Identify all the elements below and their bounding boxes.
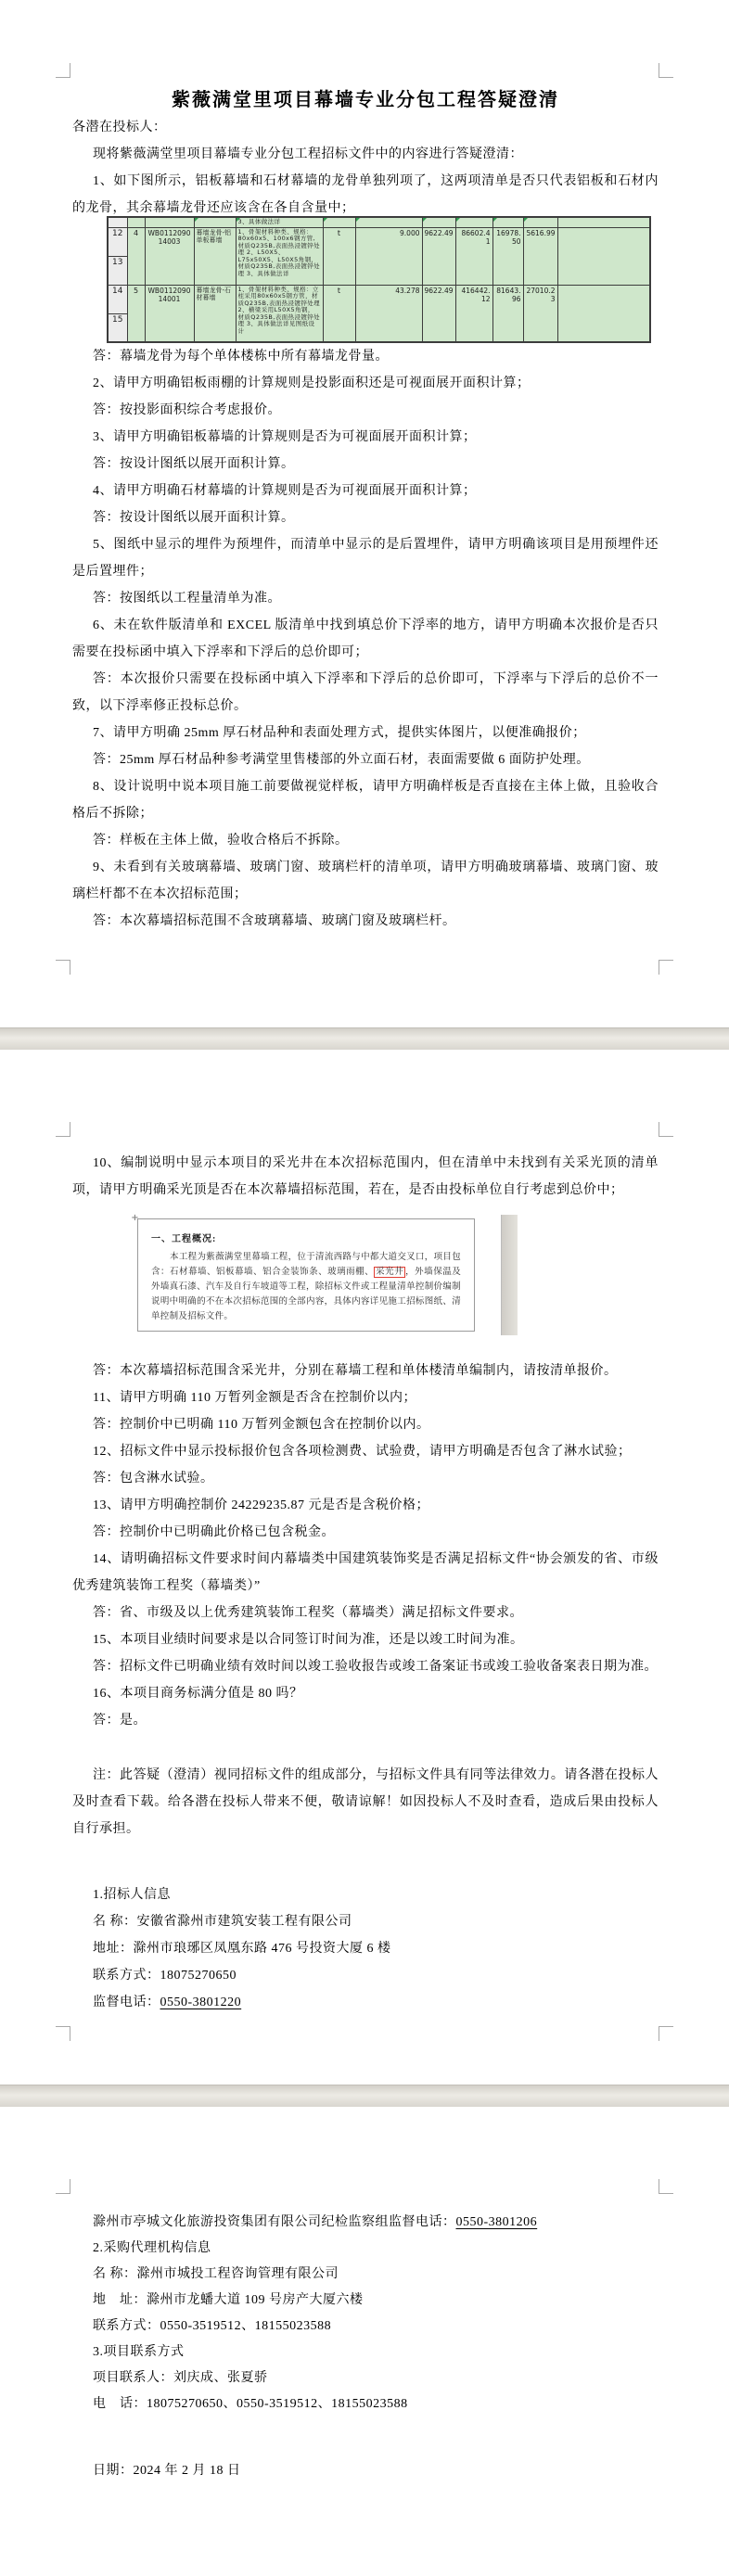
page-separator [0, 2085, 729, 2107]
answer-5: 答：按图纸以工程量清单为准。 [72, 585, 659, 612]
agency-section-heading: 2.采购代理机构信息 [72, 2236, 659, 2262]
overview-body: 本工程为紫薇满堂里幕墙工程，位于清流西路与中都大道交叉口，项目包含：石材幕墙、铝… [151, 1250, 461, 1324]
seq-cell: 4 [127, 227, 145, 285]
answer-12: 答：包含淋水试验。 [72, 1465, 659, 1492]
amount-cell: 16978.50 [492, 227, 523, 285]
margin-crop-mark [659, 2026, 673, 2041]
answer-9: 答：本次幕墙招标范围不含玻璃幕墙、玻璃门窗及玻璃栏杆。 [72, 908, 659, 935]
cell-marker-icon [524, 218, 528, 222]
agency-address: 地 址：滁州市龙蟠大道 109 号房产大厦六楼 [72, 2288, 659, 2314]
answer-16: 答：是。 [72, 1707, 659, 1734]
question-3: 3、请甲方明确铝板幕墙的计算规则是否为可视面展开面积计算； [72, 424, 659, 451]
answer-10: 答：本次幕墙招标范围含采光井，分别在幕墙工程和单体楼清单编制内，请按清单报价。 [72, 1358, 659, 1384]
row-number-cell: 12 [108, 227, 127, 256]
question-9: 9、未看到有关玻璃幕墙、玻璃门窗、玻璃栏杆的清单项，请甲方明确玻璃幕墙、玻璃门窗… [72, 854, 659, 908]
answer-8: 答：样板在主体上做，验收合格后不拆除。 [72, 827, 659, 854]
page-3: 滁州市亭城文化旅游投资集团有限公司纪检监察组监督电话：0550-3801206 … [0, 2107, 729, 2576]
answer-6: 答：本次报价只需要在投标函中填入下浮率和下浮后的总价即可，下浮率与下浮后的总价不… [72, 666, 659, 720]
row-number-cell: 13 [108, 256, 127, 285]
unit-cell: t [323, 285, 355, 342]
page-1: 紫薇满堂里项目幕墙专业分包工程答疑澄清 各潜在投标人： 现将紫薇满堂里项目幕墙专… [0, 0, 729, 1027]
row-number-cell: 14 [108, 285, 127, 313]
group-supervise-line: 滁州市亭城文化旅游投资集团有限公司纪检监察组监督电话：0550-3801206 [72, 2210, 659, 2236]
row-number-cell [108, 217, 127, 227]
blank-space [72, 1734, 659, 1762]
margin-crop-mark [659, 2179, 673, 2194]
scrollbar-artifact [501, 1215, 518, 1335]
cell-marker-icon [195, 218, 198, 222]
intro-paragraph: 现将紫薇满堂里项目幕墙专业分包工程招标文件中的内容进行答疑澄清： [72, 141, 659, 168]
cell-marker-icon [456, 218, 460, 222]
date-line: 日期：2024 年 2 月 18 日 [72, 2458, 659, 2484]
question-7: 7、请甲方明确 25mm 厚石材品种和表面处理方式，提供实体图片，以便准确报价； [72, 720, 659, 746]
question-14: 14、请明确招标文件要求时间内幕墙类中国建筑装饰奖是否满足招标文件“协会颁发的省… [72, 1546, 659, 1600]
table-row: 12 4 WB011209014003 幕墙龙骨-铝单板幕墙 1、骨架材料种类、… [108, 227, 650, 256]
table-cell [127, 217, 145, 227]
table-cell [145, 217, 194, 227]
code-cell: WB011209014001 [145, 285, 194, 342]
margin-crop-mark [56, 63, 70, 78]
name-cell: 幕墙龙骨-铝单板幕墙 [194, 227, 236, 285]
cell-marker-icon [493, 218, 497, 222]
question-16: 16、本项目商务标满分值是 80 吗？ [72, 1680, 659, 1707]
question-8: 8、设计说明中说本项目施工前要做视觉样板，请甲方明确样板是否直接在主体上做，且验… [72, 773, 659, 827]
cell-marker-icon [356, 218, 360, 222]
total-price-cell: 86602.41 [455, 227, 492, 285]
overview-heading: 一、工程概况: [151, 1231, 461, 1244]
cell-marker-icon [237, 218, 240, 222]
overview-text-box: 一、工程概况: 本工程为紫薇满堂里幕墙工程，位于清流西路与中都大道交叉口，项目包… [137, 1218, 475, 1332]
supervise-label: 监督电话： [93, 1996, 160, 2009]
answer-1: 答：幕墙龙骨为每个单体楼栋中所有幕墙龙骨量。 [72, 343, 659, 370]
agency-contact: 联系方式：0550-3519512、18155023588 [72, 2314, 659, 2340]
question-15: 15、本项目业绩时间要求是以合同签订时间为准，还是以竣工时间为准。 [72, 1626, 659, 1653]
blank-space [72, 2417, 659, 2458]
question-1: 1、如下图所示，铝板幕墙和石材幕墙的龙骨单独列项了，这两项清单是否只代表铝板和石… [72, 168, 659, 222]
answer-3: 答：按设计图纸以展开面积计算。 [72, 451, 659, 478]
highlighted-term: 采光井 [374, 1267, 405, 1278]
bidder-address: 地址：滁州市琅琊区凤凰东路 476 号投资大厦 6 楼 [72, 1935, 659, 1962]
page-2: 10、编制说明中显示本项目的采光井在本次招标范围内，但在清单中未找到有关采光顶的… [0, 1050, 729, 2085]
margin-crop-mark [56, 960, 70, 975]
table-cell [523, 217, 557, 227]
embedded-spreadsheet-image[interactable]: 3、具体做法详 12 4 WB011209014003 幕墙龙骨-铝单板幕墙 1… [107, 216, 659, 343]
table-cell [355, 217, 422, 227]
bidder-section-heading: 1.招标人信息 [72, 1881, 659, 1908]
amount-cell: 27010.23 [523, 285, 557, 342]
margin-crop-mark [56, 2026, 70, 2041]
project-phones: 电 话：18075270650、0550-3519512、18155023588 [72, 2391, 659, 2417]
group-supervise-label: 滁州市亭城文化旅游投资集团有限公司纪检监察组监督电话： [93, 2215, 456, 2229]
margin-crop-mark [659, 1122, 673, 1137]
unit-price-cell: 9622.49 [422, 227, 455, 285]
answer-14: 答：省、市级及以上优秀建筑装饰工程奖（幕墙类）满足招标文件要求。 [72, 1600, 659, 1626]
bidder-name: 名 称：安徽省滁州市建筑安装工程有限公司 [72, 1908, 659, 1935]
margin-crop-mark [56, 2179, 70, 2194]
quantity-cell: 9.000 [355, 227, 422, 285]
salutation: 各潜在投标人： [72, 114, 659, 141]
supervise-phone: 0550-3801220 [160, 1996, 242, 2009]
agency-name: 名 称：滁州市城投工程咨询管理有限公司 [72, 2262, 659, 2288]
question-13: 13、请甲方明确控制价 24229235.87 元是否是含税价格； [72, 1492, 659, 1519]
cell-marker-icon [423, 218, 427, 222]
unit-cell: t [323, 227, 355, 285]
answer-13: 答：控制价中已明确此价格已包含税金。 [72, 1519, 659, 1546]
name-cell: 幕墙龙骨-石材幕墙 [194, 285, 236, 342]
table-cell: 3、具体做法详 [236, 217, 323, 227]
unit-price-cell: 9622.49 [422, 285, 455, 342]
table-cell [557, 285, 650, 342]
supervise-phone-line: 监督电话：0550-3801220 [72, 1989, 659, 2016]
answer-7: 答：25mm 厚石材品种参考满堂里售楼部的外立面石材，表面需要做 6 面防护处理… [72, 746, 659, 773]
question-4: 4、请甲方明确石材幕墙的计算规则是否为可视面展开面积计算； [72, 478, 659, 504]
total-price-cell: 416442.12 [455, 285, 492, 342]
project-overview-image[interactable]: + 一、工程概况: 本工程为紫薇满堂里幕墙工程，位于清流西路与中都大道交叉口，项… [130, 1215, 529, 1335]
row-number-cell: 15 [108, 313, 127, 342]
project-contact-heading: 3.项目联系方式 [72, 2340, 659, 2366]
question-2: 2、请甲方明确铝板雨棚的计算规则是投影面积还是可视面展开面积计算； [72, 370, 659, 397]
margin-crop-mark [659, 960, 673, 975]
table-cell [492, 217, 523, 227]
table-cell [557, 217, 650, 227]
seq-cell: 5 [127, 285, 145, 342]
answer-15: 答：招标文件已明确业绩有效时间以竣工验收报告或竣工备案证书或竣工验收备案表日期为… [72, 1653, 659, 1680]
table-row: 14 5 WB011209014001 幕墙龙骨-石材幕墙 1、骨架材料种类、规… [108, 285, 650, 313]
page-separator [0, 1027, 729, 1050]
quantity-cell: 43.278 [355, 285, 422, 342]
table-cell [323, 217, 355, 227]
table-cell [455, 217, 492, 227]
question-6: 6、未在软件版清单和 EXCEL 版清单中找到填总价下浮率的地方，请甲方明确本次… [72, 612, 659, 666]
legal-note: 注：此答疑（澄清）视同招标文件的组成部分，与招标文件具有同等法律效力。请各潜在投… [72, 1762, 659, 1843]
amount-cell: 5616.99 [523, 227, 557, 285]
cell-marker-icon [324, 218, 327, 222]
margin-crop-mark [56, 1122, 70, 1137]
description-cell: 1、骨架材料种类、规格：立柱采用80x60x5钢方管，材质Q235B,表面热浸镀… [236, 285, 323, 342]
table-row-partial: 3、具体做法详 [108, 217, 650, 227]
table-cell [557, 227, 650, 285]
question-12: 12、招标文件中显示投标报价包含各项检测费、试验费，请甲方明确是否包含了淋水试验… [72, 1438, 659, 1465]
blank-space [72, 1843, 659, 1881]
bidder-contact: 联系方式：18075270650 [72, 1962, 659, 1989]
question-5: 5、图纸中显示的埋件为预埋件，而清单中显示的是后置埋件，请甲方明确该项目是用预埋… [72, 531, 659, 585]
description-cell: 1、骨架材料种类、规格：80x60x5、100x6钢方管,材质Q235B,表面热… [236, 227, 323, 285]
answer-2: 答：按投影面积综合考虑报价。 [72, 397, 659, 424]
question-11: 11、请甲方明确 110 万暂列金额是否含在控制价以内； [72, 1384, 659, 1411]
document-title: 紫薇满堂里项目幕墙专业分包工程答疑澄清 [72, 86, 659, 114]
group-supervise-phone: 0550-3801206 [456, 2215, 538, 2229]
bill-of-quantities-table: 3、具体做法详 12 4 WB011209014003 幕墙龙骨-铝单板幕墙 1… [107, 216, 651, 343]
answer-4: 答：按设计图纸以展开面积计算。 [72, 504, 659, 531]
amount-cell: 81643.96 [492, 285, 523, 342]
answer-11: 答：控制价中已明确 110 万暂列金额包含在控制价以内。 [72, 1411, 659, 1438]
table-cell [422, 217, 455, 227]
project-contacts: 项目联系人：刘庆成、张夏骄 [72, 2366, 659, 2391]
question-10: 10、编制说明中显示本项目的采光井在本次招标范围内，但在清单中未找到有关采光顶的… [72, 1150, 659, 1204]
code-cell: WB011209014003 [145, 227, 194, 285]
margin-crop-mark [659, 63, 673, 78]
table-cell [194, 217, 236, 227]
